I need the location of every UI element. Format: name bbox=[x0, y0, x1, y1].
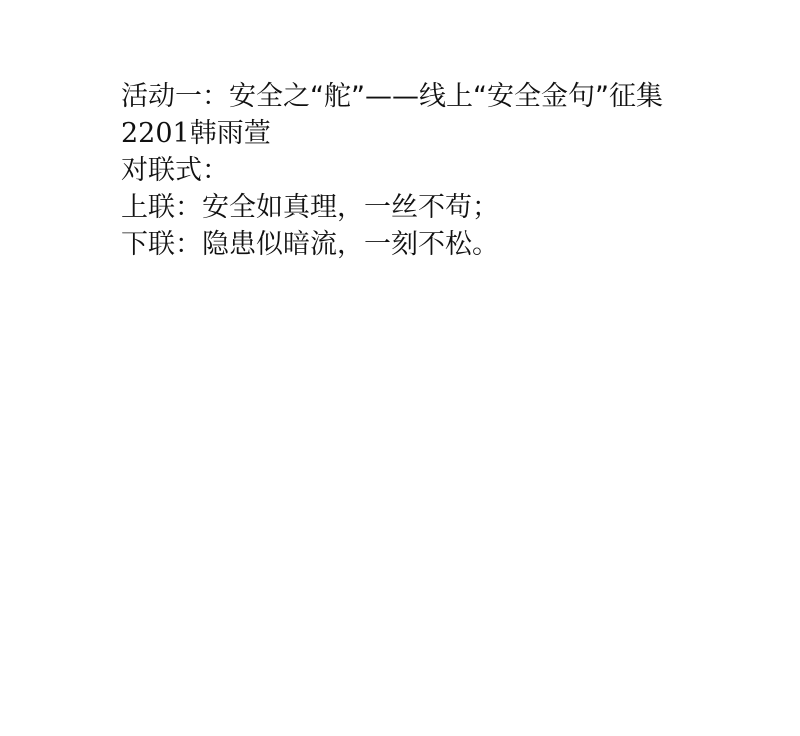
author-line: 2201韩雨萱 bbox=[121, 115, 691, 152]
activity-title: 活动一：安全之“舵”——线上“安全金句”征集 bbox=[121, 78, 691, 115]
form-label: 对联式： bbox=[121, 152, 691, 189]
document-body: 活动一：安全之“舵”——线上“安全金句”征集 2201韩雨萱 对联式： 上联：安… bbox=[121, 78, 691, 263]
couplet-lower: 下联：隐患似暗流，一刻不松。 bbox=[121, 226, 691, 263]
couplet-upper: 上联：安全如真理，一丝不苟； bbox=[121, 189, 691, 226]
